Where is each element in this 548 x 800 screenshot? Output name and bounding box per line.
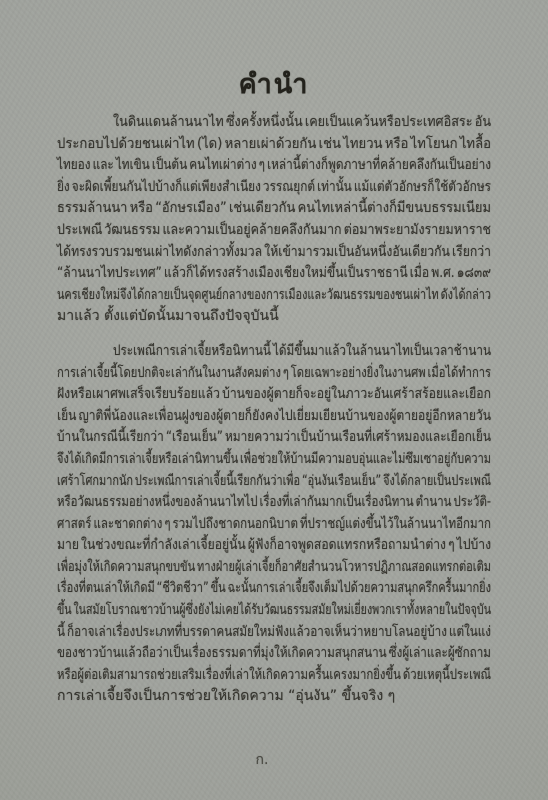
text-line: นี้ ก็อาจเล่าเรื่องประเภทที่บรรดาคนสมัยใ… [57,622,491,644]
text-line-content: เศร้าโศกมากนัก ประเพณีการเล่าเจี้ยนี้เรี… [57,471,491,493]
text-line-content: ของชาวบ้านแล้วถือว่าเป็นเรื่องธรรมดาที่ม… [57,643,491,665]
text-line-content: ไทยอง และ ไทเขิน เป็นต้น คนไทเผ่าต่าง ๆ … [57,155,491,177]
text-line-content: การเล่าเจี้ยจึงเป็นการช่วยให้เกิดความ “อ… [57,686,395,708]
text-line: หรือวัฒนธรรมอย่างหนึ่งของล้านนาไทไป เรื่… [57,492,491,514]
text-line-content: ได้ทรงรวบรวมชนเผ่าไทดังกล่าวทั้งมวล ให้เ… [57,242,491,264]
text-line-content: ยิ่ง จะผิดเพี้ยนกันไปบ้างก็แต่เพียงสำเนี… [57,177,491,199]
text-line-content: หรือผู้ต่อเติมสามารถช่วยเสริมเรื่องที่เล… [57,665,491,687]
text-line-content: “ล้านนาไทประเทศ” แล้วก็ได้ทรงสร้างเมืองเ… [57,263,491,285]
text-line-content: เย็น ญาติพี่น้องและเพื่อนฝูงของผู้ตายก็ย… [57,406,491,428]
text-line: เพื่อมุ่งให้เกิดความสนุกขบขัน ทางฝ่ายผู้… [57,557,491,579]
text-line: ของชาวบ้านแล้วถือว่าเป็นเรื่องธรรมดาที่ม… [57,643,491,665]
text-line: มาแล้ว ตั้งแต่บัดนั้นมาจนถึงปัจจุบันนี้ [57,306,491,328]
text-line-content: ประกอบไปด้วยชนเผ่าไท (ได) หลายเผ่าด้วยกั… [57,134,491,156]
text-line: เรื่องที่ตนเล่าให้เกิดมี “ชีวิตชีวา” ขึ้… [57,578,491,600]
text-line: ประกอบไปด้วยชนเผ่าไท (ได) หลายเผ่าด้วยกั… [57,134,491,156]
paragraph-1: ในดินแดนล้านนาไท ซึ่งครั้งหนึ่งนั้น เคยเ… [57,112,491,328]
text-line-content: หรือวัฒนธรรมอย่างหนึ่งของล้านนาไทไป เรื่… [57,492,491,514]
text-line: ประเพณี วัฒนธรรม และความเป็นอยู่คล้ายคลึ… [57,220,491,242]
text-line-content: ศาสตร์ และชาดกต่าง ๆ รวมไปถึงชาดกนอกนิบา… [57,514,491,536]
text-line: นครเชียงใหม่จึงได้กลายเป็นจุดศูนย์กลางขอ… [57,285,491,307]
paragraph-2: ประเพณีการเล่าเจี้ยหรือนิทานนี้ ได้มีขึ้… [57,341,491,708]
text-line-content: เรื่องที่ตนเล่าให้เกิดมี “ชีวิตชีวา” ขึ้… [57,578,491,600]
text-line: ไทยอง และ ไทเขิน เป็นต้น คนไทเผ่าต่าง ๆ … [57,155,491,177]
text-line-content: ประเพณี วัฒนธรรม และความเป็นอยู่คล้ายคลึ… [57,220,491,242]
text-line-content: ธรรมล้านนา หรือ “อักษรเมือง” เช่นเดียวกั… [57,198,491,220]
text-line: การเล่าเจี้ยจึงเป็นการช่วยให้เกิดความ “อ… [57,686,491,708]
text-line: เศร้าโศกมากนัก ประเพณีการเล่าเจี้ยนี้เรี… [57,471,491,493]
text-line: การเล่าเจี้ยนี้โดยปกติจะเล่ากันในงานสังค… [57,363,491,385]
body-text: ในดินแดนล้านนาไท ซึ่งครั้งหนึ่งนั้น เคยเ… [57,112,491,708]
text-line: จึงได้เกิดมีการเล่าเจี้ยหรือเล่านิทานขึ้… [57,449,491,471]
text-line-content: ขึ้น ในสมัยโบราณชาวบ้านผู้ซึ่งยังไม่เคยไ… [57,600,491,622]
text-line: เย็น ญาติพี่น้องและเพื่อนฝูงของผู้ตายก็ย… [57,406,491,428]
text-line-content: มาย ในช่วงขณะที่กำลังเล่าเจี้ยอยู่นั้น ผ… [57,535,491,557]
text-line-content: เพื่อมุ่งให้เกิดความสนุกขบขัน ทางฝ่ายผู้… [57,557,491,579]
text-line-content: ประเพณีการเล่าเจี้ยหรือนิทานนี้ ได้มีขึ้… [113,341,491,363]
text-line: ศาสตร์ และชาดกต่าง ๆ รวมไปถึงชาดกนอกนิบา… [57,514,491,536]
text-line: บ้านในกรณีนี้เรียกว่า “เรือนเย็น” หมายคว… [57,427,491,449]
text-line-content: นครเชียงใหม่จึงได้กลายเป็นจุดศูนย์กลางขอ… [57,285,491,307]
text-line: ได้ทรงรวบรวมชนเผ่าไทดังกล่าวทั้งมวล ให้เ… [57,242,491,264]
text-line: ขึ้น ในสมัยโบราณชาวบ้านผู้ซึ่งยังไม่เคยไ… [57,600,491,622]
text-line: หรือผู้ต่อเติมสามารถช่วยเสริมเรื่องที่เล… [57,665,491,687]
text-line-content: นี้ ก็อาจเล่าเรื่องประเภทที่บรรดาคนสมัยใ… [57,622,491,644]
text-line: ยิ่ง จะผิดเพี้ยนกันไปบ้างก็แต่เพียงสำเนี… [57,177,491,199]
text-line-content: มาแล้ว ตั้งแต่บัดนั้นมาจนถึงปัจจุบันนี้ [57,306,279,328]
text-line: ฝังหรือเผาศพเสร็จเรียบร้อยแล้ว บ้านของผู… [57,384,491,406]
text-line: “ล้านนาไทประเทศ” แล้วก็ได้ทรงสร้างเมืองเ… [57,263,491,285]
text-line: ประเพณีการเล่าเจี้ยหรือนิทานนี้ ได้มีขึ้… [57,341,491,363]
page-title: คำนำ [0,62,548,105]
scanned-page: คำนำ ในดินแดนล้านนาไท ซึ่งครั้งหนึ่งนั้น… [0,0,548,800]
text-line-content: การเล่าเจี้ยนี้โดยปกติจะเล่ากันในงานสังค… [57,363,491,385]
text-line-content: จึงได้เกิดมีการเล่าเจี้ยหรือเล่านิทานขึ้… [57,449,491,471]
text-line-content: ฝังหรือเผาศพเสร็จเรียบร้อยแล้ว บ้านของผู… [57,384,491,406]
text-line: มาย ในช่วงขณะที่กำลังเล่าเจี้ยอยู่นั้น ผ… [57,535,491,557]
text-line: ธรรมล้านนา หรือ “อักษรเมือง” เช่นเดียวกั… [57,198,491,220]
text-line-content: ในดินแดนล้านนาไท ซึ่งครั้งหนึ่งนั้น เคยเ… [113,112,491,134]
text-line: ในดินแดนล้านนาไท ซึ่งครั้งหนึ่งนั้น เคยเ… [57,112,491,134]
page-number: ก. [0,749,536,771]
text-line-content: บ้านในกรณีนี้เรียกว่า “เรือนเย็น” หมายคว… [57,427,491,449]
